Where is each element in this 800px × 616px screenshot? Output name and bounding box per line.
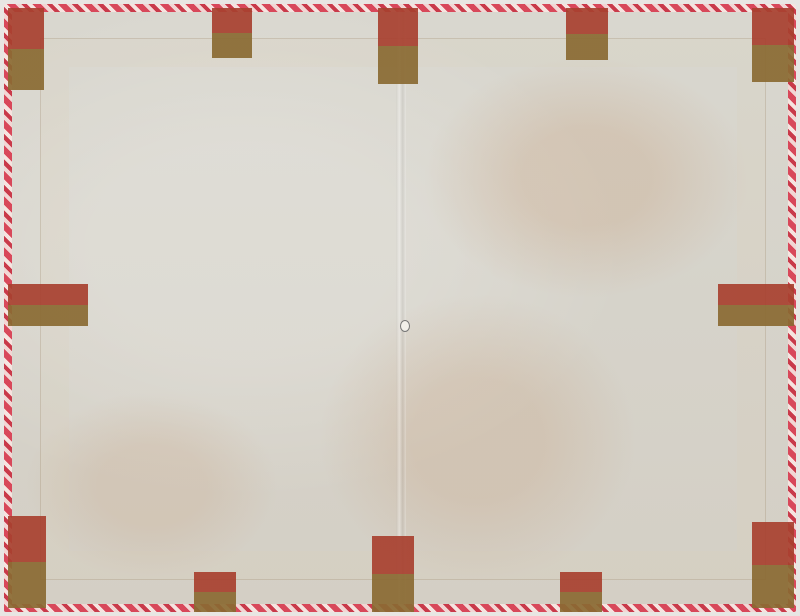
tape-patch-top-left-corner bbox=[8, 8, 44, 90]
tape-patch-bottom-left-corner bbox=[8, 516, 46, 608]
tape-patch-bottom-right-mid bbox=[560, 572, 602, 612]
tape-patch-bottom-left-mid bbox=[194, 572, 236, 612]
tape-patch-bottom-right-corner bbox=[752, 522, 794, 608]
tape-patch-top-right-corner bbox=[752, 8, 794, 82]
tape-patch-right-middle bbox=[718, 284, 794, 326]
center-hole bbox=[400, 320, 410, 332]
tape-patch-left-middle bbox=[8, 284, 88, 326]
tape-patch-bottom-center bbox=[372, 536, 414, 612]
paperboard bbox=[0, 0, 800, 616]
tape-patch-top-center bbox=[378, 8, 418, 84]
center-fold bbox=[396, 10, 406, 606]
tape-patch-top-right-mid bbox=[566, 8, 608, 60]
tape-patch-top-left-mid bbox=[212, 8, 252, 58]
